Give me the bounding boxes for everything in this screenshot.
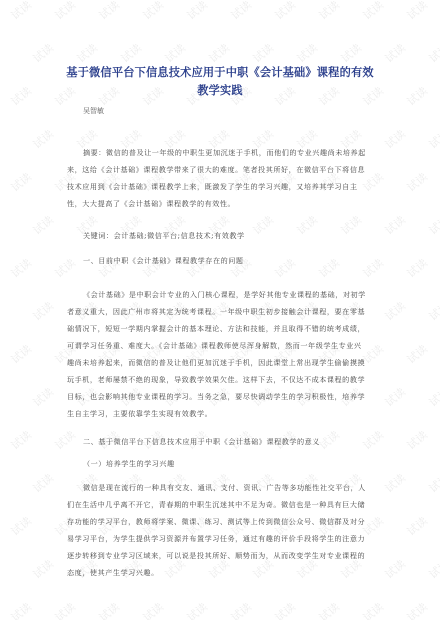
body-line: 趣尚未培养起来，而微信的普及让他们更加沉迷于手机，因此课堂上常出现学生偷偷摸摸 xyxy=(67,358,373,368)
body-line: 者意义重大，因此广州市将其定为统考课程。一年级中职生初步接触会计课程，要在零基 xyxy=(67,307,373,317)
abstract-line: 技术应用到《会计基础》课程教学上来，既激发了学生的学习兴趣，又培养其学习自主 xyxy=(67,182,373,192)
section-heading-1: 一、目前中职《会计基础》课程教学存在的问题 xyxy=(83,256,373,266)
abstract-line: 性，大大提高了《会计基础》课程教学的有效性。 xyxy=(67,199,373,209)
document-title-line-2: 教学实践 xyxy=(40,82,400,98)
keywords: 关键词：会计基础;微信平台;信息技术;有效教学 xyxy=(83,231,373,241)
subsection-heading: （一）培养学生的学习兴趣 xyxy=(83,459,373,469)
body-line: 础情况下，短短一学期内掌握会计的基本理论、方法和技能，并且取得不错的统考成绩， xyxy=(67,324,373,334)
abstract-line: 来，这给《会计基础》课程教学带来了很大的难度。笔者投其所好，在微信平台下将信息 xyxy=(67,165,373,175)
section-heading-2: 二、基于微信平台下信息技术应用于中职《会计基础》课程教学的意义 xyxy=(83,437,373,447)
document-page: 基于微信平台下信息技术应用于中职《会计基础》课程的有效 教学实践 吴智敏 摘要：… xyxy=(0,0,440,620)
body-line: 易学习平台，为学生提供学习资源并布置学习任务，通过有趣的评价手段将学生的注意力 xyxy=(67,534,373,544)
body-line: 逐步转移到专业学习区域来，可以说是投其所好、顺势而为，从而改变学生对专业课程的 xyxy=(67,551,373,561)
document-title-line-1: 基于微信平台下信息技术应用于中职《会计基础》课程的有效 xyxy=(40,64,400,80)
body-line: 们在生活中几乎离不开它，青春期的中职生沉迷其中不足为奇。微信也是一种具有巨大储 xyxy=(67,500,373,510)
body-line: 存功能的学习平台，教师将学案、微课、练习、测试等上传到微信公众号、微信群及对分 xyxy=(67,517,373,527)
body-line: 《会计基础》是中职会计专业的入门核心课程，是学好其他专业课程的基础，对初学 xyxy=(83,290,373,300)
body-line: 玩手机，老师屡禁不绝的现象，导致教学效果欠佳。这样下去，不仅达不成本课程的教学 xyxy=(67,375,373,385)
body-line: 微信是现在流行的一种具有交友、通讯、支付、资讯、广告等多功能性社交平台，人 xyxy=(83,483,373,493)
author-name: 吴智敏 xyxy=(83,106,104,116)
body-line: 可谓学习任务重、难度大。《会计基础》课程教师使尽浑身解数，然而一年级学生专业兴 xyxy=(67,341,373,351)
body-line: 目标，也会影响其他专业课程的学习。当务之急，要尽快调动学生的学习积极性，培养学 xyxy=(67,392,373,402)
abstract-line: 摘要：微信的普及让一年级的中职生更加沉迷于手机，而他们的专业兴趣尚未培养起 xyxy=(83,148,373,158)
body-line: 生自主学习，主要依靠学生实现有效教学。 xyxy=(67,409,373,419)
body-line: 态度，使其产生学习兴趣。 xyxy=(67,568,373,578)
